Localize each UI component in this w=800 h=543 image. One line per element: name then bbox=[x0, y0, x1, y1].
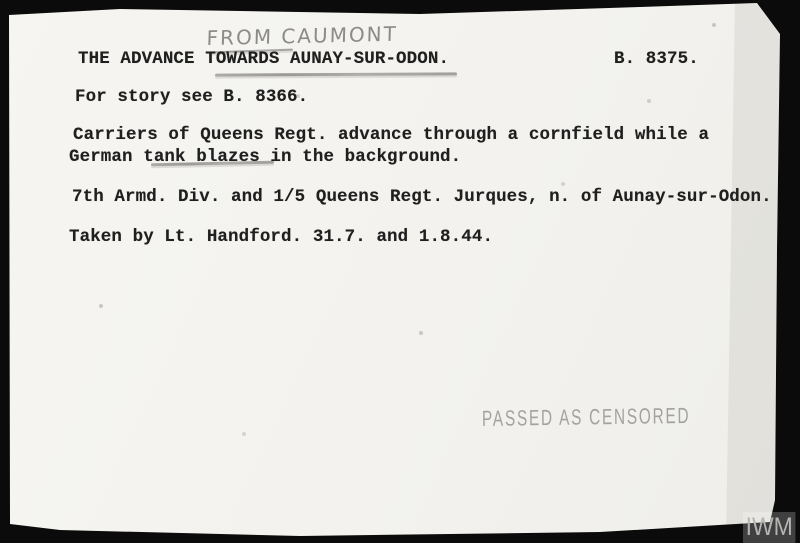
story-reference-line: For story see B. 8366. bbox=[75, 86, 308, 108]
caption-title: THE ADVANCE TOWARDS AUNAY-SUR-ODON. bbox=[78, 48, 449, 70]
card-fold-shading bbox=[0, 0, 800, 543]
unit-location-line: 7th Armd. Div. and 1/5 Queens Regt. Jurq… bbox=[72, 186, 772, 208]
photographer-credit-line: Taken by Lt. Handford. 31.7. and 1.8.44. bbox=[69, 226, 493, 248]
pencil-underline-title bbox=[215, 72, 457, 76]
description-line-1: Carriers of Queens Regt. advance through… bbox=[73, 124, 709, 146]
handwritten-annotation: FROM CAUMONT bbox=[206, 22, 398, 50]
censor-stamp: PASSED AS CENSORED bbox=[482, 403, 691, 432]
paper-specks bbox=[0, 0, 2, 2]
card-paper: FROM CAUMONT THE ADVANCE TOWARDS AUNAY-S… bbox=[0, 0, 800, 543]
description-line-2: German tank blazes in the background. bbox=[69, 146, 461, 168]
scanned-caption-card: FROM CAUMONT THE ADVANCE TOWARDS AUNAY-S… bbox=[0, 0, 800, 543]
iwm-watermark: IWM bbox=[743, 512, 795, 543]
negative-number: B. 8375. bbox=[614, 48, 699, 70]
